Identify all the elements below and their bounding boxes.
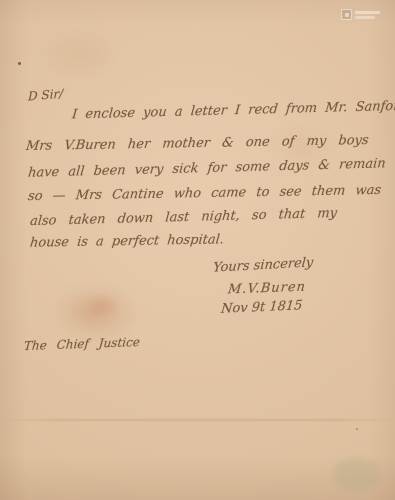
watermark-text-bar xyxy=(355,11,380,14)
foxing-stain xyxy=(60,288,132,336)
letter-salutation: D Sir/ xyxy=(28,86,63,103)
square-logo-icon xyxy=(341,9,352,20)
fold-crease xyxy=(0,419,395,421)
letter-line: have all been very sick for some days & … xyxy=(27,156,386,180)
watermark xyxy=(341,9,380,20)
watermark-text-lines xyxy=(355,11,380,19)
letter-date: Nov 9t 1815 xyxy=(220,298,303,317)
letter-line: I enclose you a letter I recd from Mr. S… xyxy=(71,99,395,123)
ink-speck xyxy=(18,62,21,65)
letter-line: so — Mrs Cantine who came to see them wa… xyxy=(27,183,382,204)
letter-line: house is a perfect hospital. xyxy=(29,232,224,250)
letter-addressee: The Chief Justice xyxy=(23,335,140,353)
letter-closing: Yours sincerely xyxy=(212,255,313,275)
letter-line: also taken down last night, so that my xyxy=(29,206,337,229)
watermark-text-bar xyxy=(355,16,375,19)
show-through-mark xyxy=(334,458,378,490)
letter-line: Mrs V.Buren her mother & one of my boys xyxy=(25,133,369,154)
ink-speck xyxy=(356,428,358,430)
letter-signature: M.V.Buren xyxy=(227,280,306,298)
letter-scan-page: D Sir/ I enclose you a letter I recd fro… xyxy=(0,0,395,500)
